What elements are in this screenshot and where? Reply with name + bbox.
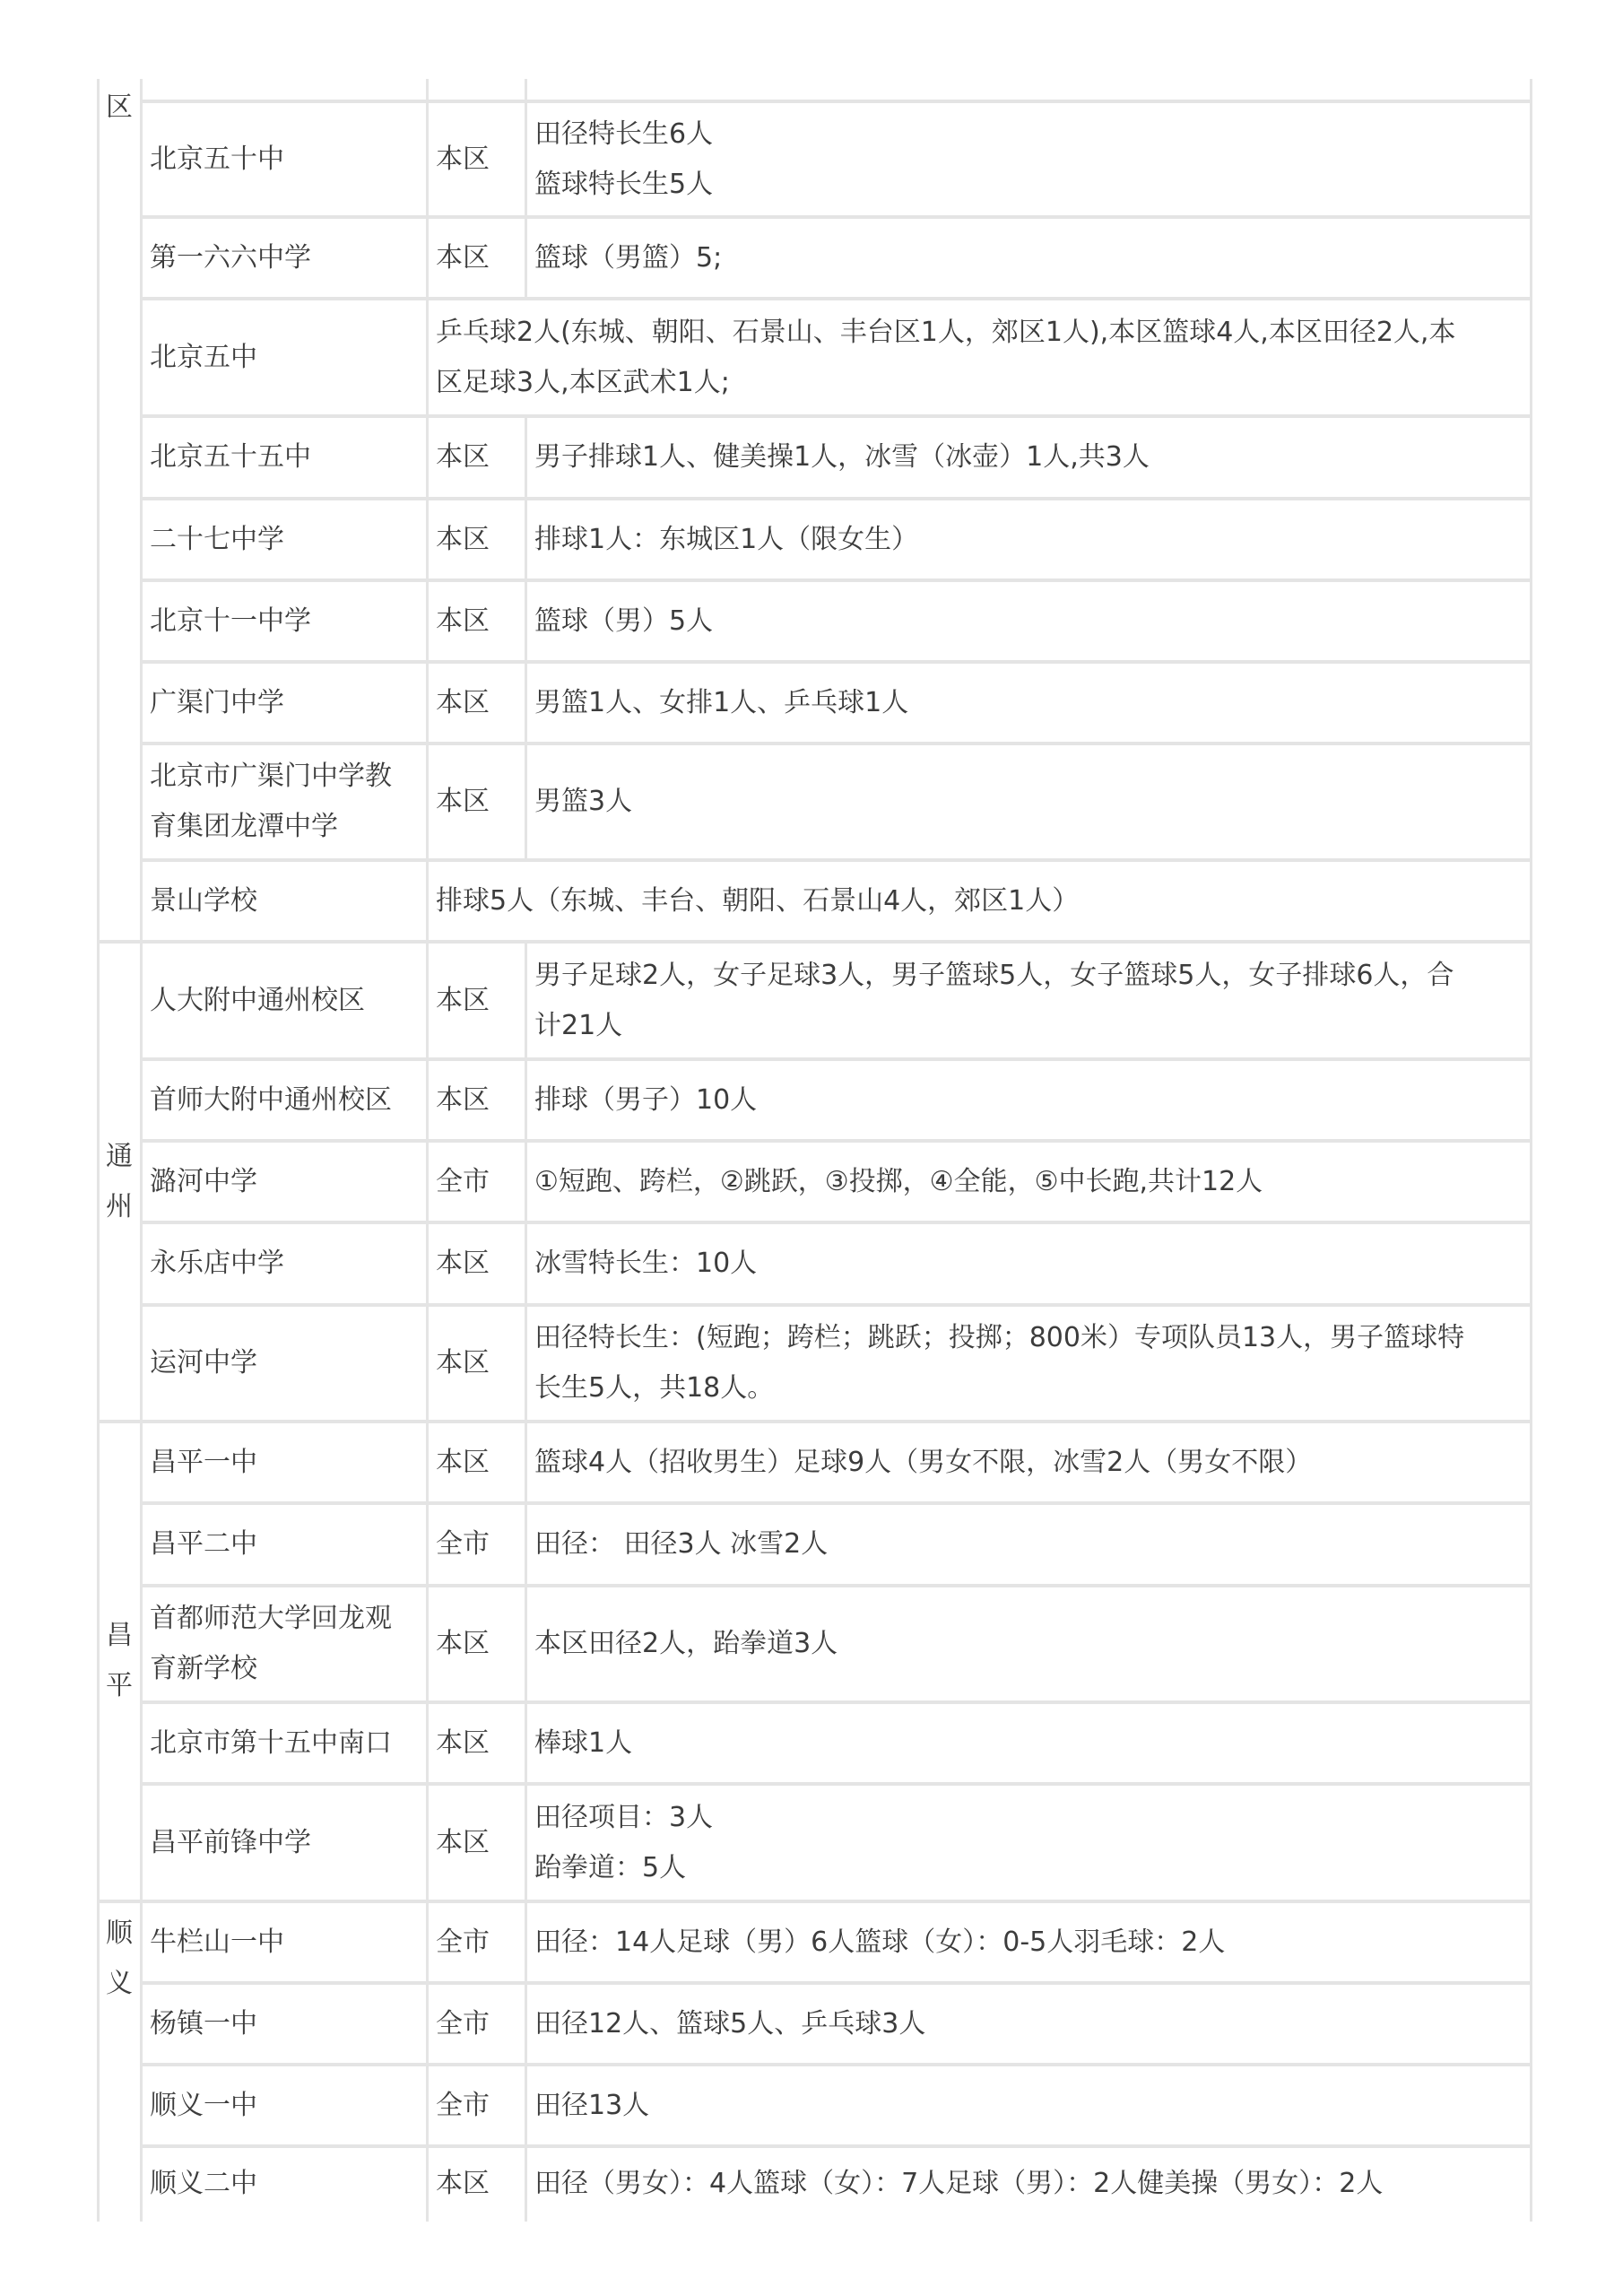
quota-details-line: 田径特长生6人 bbox=[534, 109, 713, 160]
document-page: 区通州昌平顺义北京五十中本区田径特长生6人篮球特长生5人第一六六中学本区篮球（男… bbox=[0, 0, 1623, 2296]
quota-details-cell: 田径12人、篮球5人、乒乓球3人 bbox=[525, 1983, 1531, 2065]
quota-details-cell: 篮球（男）5人 bbox=[525, 580, 1531, 662]
quota-details-line: 男子排球1人、健美操1人，冰雪（冰壶）1人,共3人 bbox=[534, 432, 1150, 483]
quota-details-cell: 男子排球1人、健美操1人，冰雪（冰壶）1人,共3人 bbox=[525, 416, 1531, 499]
admission-scope-cell: 本区 bbox=[427, 416, 525, 499]
admission-scope-cell: 本区 bbox=[427, 942, 525, 1059]
admission-scope-cell: 全市 bbox=[427, 1141, 525, 1222]
quota-details-line: 篮球（男）5人 bbox=[534, 596, 713, 647]
school-name-cell: 运河中学 bbox=[141, 1305, 427, 1422]
admission-scope-cell: 本区 bbox=[427, 580, 525, 662]
quota-details-cell: 田径： 田径3人 冰雪2人 bbox=[525, 1503, 1531, 1586]
school-name-cell: 牛栏山一中 bbox=[141, 1901, 427, 1983]
school-name-cell: 景山学校 bbox=[141, 860, 427, 942]
school-name: 北京五十五中 bbox=[150, 432, 311, 483]
quota-details-line: 乒乓球2人(东城、朝阳、石景山、丰台区1人，郊区1人),本区篮球4人,本区田径2… bbox=[436, 308, 1455, 358]
school-name: 昌平一中 bbox=[150, 1438, 257, 1488]
school-name: 昌平二中 bbox=[150, 1519, 257, 1570]
admission-scope-cell: 本区 bbox=[427, 1422, 525, 1503]
quota-details-cell: 棒球1人 bbox=[525, 1702, 1531, 1784]
school-name-cell: 人大附中通州校区 bbox=[141, 942, 427, 1059]
quota-details-cell: 乒乓球2人(东城、朝阳、石景山、丰台区1人，郊区1人),本区篮球4人,本区田径2… bbox=[427, 299, 1531, 416]
quota-details-line: 计21人 bbox=[534, 1001, 622, 1051]
school-name: 永乐店中学 bbox=[150, 1239, 284, 1289]
school-name: 潞河中学 bbox=[150, 1157, 257, 1207]
quota-details-cell: 男子足球2人，女子足球3人，男子篮球5人，女子篮球5人，女子排球6人，合计21人 bbox=[525, 942, 1531, 1059]
quota-details-line: 田径13人 bbox=[534, 2081, 649, 2131]
school-name: 北京十一中学 bbox=[150, 596, 311, 647]
quota-details-line: 排球5人（东城、丰台、朝阳、石景山4人，郊区1人） bbox=[436, 876, 1079, 926]
school-name: 运河中学 bbox=[150, 1338, 257, 1388]
admission-scope-cell: 本区 bbox=[427, 744, 525, 860]
quota-details-cell: 排球（男子）10人 bbox=[525, 1059, 1531, 1141]
school-name: 首都师范大学回龙观 bbox=[150, 1594, 392, 1644]
admission-scope-cell: 本区 bbox=[427, 1222, 525, 1305]
quota-details-cell: 田径13人 bbox=[525, 2065, 1531, 2146]
admission-scope-cell: 本区 bbox=[427, 1305, 525, 1422]
school-name-cell: 顺义一中 bbox=[141, 2065, 427, 2146]
quota-details-cell: 冰雪特长生：10人 bbox=[525, 1222, 1531, 1305]
quota-details-cell: 篮球4人（招收男生）足球9人（男女不限，冰雪2人（男女不限） bbox=[525, 1422, 1531, 1503]
quota-details-line: 田径特长生：(短跑；跨栏；跳跃；投掷；800米）专项队员13人，男子篮球特 bbox=[534, 1313, 1464, 1363]
quota-details-cell: 男篮3人 bbox=[525, 744, 1531, 860]
district-label-char: 平 bbox=[98, 1661, 141, 1711]
admission-scope-cell: 本区 bbox=[427, 101, 525, 217]
school-name-cell: 昌平一中 bbox=[141, 1422, 427, 1503]
school-name-cell: 杨镇一中 bbox=[141, 1983, 427, 2065]
quota-details-cell: 排球5人（东城、丰台、朝阳、石景山4人，郊区1人） bbox=[427, 860, 1531, 942]
school-name-cell: 北京市第十五中南口 bbox=[141, 1702, 427, 1784]
quota-details-cell: 田径特长生：(短跑；跨栏；跳跃；投掷；800米）专项队员13人，男子篮球特长生5… bbox=[525, 1305, 1531, 1422]
quota-details-cell: ①短跑、跨栏，②跳跃，③投掷，④全能，⑤中长跑,共计12人 bbox=[525, 1141, 1531, 1222]
school-name: 顺义二中 bbox=[150, 2159, 257, 2209]
district-label-char: 通 bbox=[98, 1132, 141, 1182]
quota-details-cell: 田径特长生6人篮球特长生5人 bbox=[525, 101, 1531, 217]
quota-details-line: 本区田径2人，跆拳道3人 bbox=[534, 1619, 838, 1669]
quota-details-cell bbox=[525, 79, 1531, 101]
quota-details-line: 冰雪特长生：10人 bbox=[534, 1239, 757, 1289]
quota-details-line: 男篮1人、女排1人、乒乓球1人 bbox=[534, 678, 908, 728]
school-name: 广渠门中学 bbox=[150, 678, 284, 728]
school-name: 第一六六中学 bbox=[150, 233, 311, 283]
admission-scope-cell: 本区 bbox=[427, 1784, 525, 1901]
school-name-cell: 昌平前锋中学 bbox=[141, 1784, 427, 1901]
school-name: 北京五十中 bbox=[150, 135, 284, 185]
quota-details-line: 篮球特长生5人 bbox=[534, 160, 713, 210]
quota-details-cell: 田径（男女）：4人篮球（女）：7人足球（男）：2人健美操（男女）：2人 bbox=[525, 2146, 1531, 2222]
school-name: 育集团龙潭中学 bbox=[150, 802, 338, 852]
quota-details-cell: 本区田径2人，跆拳道3人 bbox=[525, 1586, 1531, 1702]
district-label: 区 bbox=[98, 83, 141, 133]
quota-details-line: 田径项目：3人 bbox=[534, 1793, 713, 1843]
school-name-cell: 首师大附中通州校区 bbox=[141, 1059, 427, 1141]
school-name-cell: 二十七中学 bbox=[141, 499, 427, 580]
quota-details-cell: 田径：14人足球（男）6人篮球（女）：0-5人羽毛球：2人 bbox=[525, 1901, 1531, 1983]
quota-details-line: 田径：14人足球（男）6人篮球（女）：0-5人羽毛球：2人 bbox=[534, 1918, 1225, 1968]
quota-details-line: 跆拳道：5人 bbox=[534, 1843, 686, 1893]
quota-details-line: 长生5人，共18人。 bbox=[534, 1363, 774, 1413]
admission-scope-cell: 全市 bbox=[427, 2065, 525, 2146]
admission-scope-cell: 全市 bbox=[427, 1901, 525, 1983]
admission-scope-cell: 本区 bbox=[427, 1059, 525, 1141]
school-name-cell: 北京市广渠门中学教育集团龙潭中学 bbox=[141, 744, 427, 860]
district-label-char: 区 bbox=[98, 83, 141, 133]
admission-scope-cell bbox=[427, 79, 525, 101]
school-name: 北京市广渠门中学教 bbox=[150, 752, 392, 802]
district-label-char: 州 bbox=[98, 1182, 141, 1232]
school-name: 牛栏山一中 bbox=[150, 1918, 284, 1968]
school-name-cell: 广渠门中学 bbox=[141, 662, 427, 744]
school-name: 首师大附中通州校区 bbox=[150, 1075, 392, 1126]
school-name-cell: 北京五中 bbox=[141, 299, 427, 416]
district-label-char: 昌 bbox=[98, 1611, 141, 1661]
quota-details-line: 篮球（男篮）5; bbox=[534, 233, 722, 283]
district-label-char: 义 bbox=[98, 1959, 141, 2009]
admission-scope-cell: 全市 bbox=[427, 1983, 525, 2065]
quota-details-cell: 男篮1人、女排1人、乒乓球1人 bbox=[525, 662, 1531, 744]
quota-details-cell: 排球1人：东城区1人（限女生） bbox=[525, 499, 1531, 580]
school-name-cell: 第一六六中学 bbox=[141, 217, 427, 299]
school-name-cell: 北京五十五中 bbox=[141, 416, 427, 499]
school-name: 北京五中 bbox=[150, 333, 257, 383]
school-name-cell: 首都师范大学回龙观育新学校 bbox=[141, 1586, 427, 1702]
school-name: 二十七中学 bbox=[150, 515, 284, 565]
quota-details-line: 区足球3人,本区武术1人; bbox=[436, 358, 730, 408]
school-name: 顺义一中 bbox=[150, 2081, 257, 2131]
quota-details-line: ①短跑、跨栏，②跳跃，③投掷，④全能，⑤中长跑,共计12人 bbox=[534, 1157, 1263, 1207]
school-name-cell: 北京十一中学 bbox=[141, 580, 427, 662]
school-name-cell: 潞河中学 bbox=[141, 1141, 427, 1222]
quota-details-line: 田径（男女）：4人篮球（女）：7人足球（男）：2人健美操（男女）：2人 bbox=[534, 2159, 1383, 2209]
admission-scope-cell: 本区 bbox=[427, 662, 525, 744]
admission-scope-cell: 本区 bbox=[427, 2146, 525, 2222]
quota-details-line: 棒球1人 bbox=[534, 1718, 632, 1769]
school-name-cell bbox=[141, 79, 427, 101]
school-name-cell: 永乐店中学 bbox=[141, 1222, 427, 1305]
school-name: 育新学校 bbox=[150, 1644, 257, 1694]
school-name: 昌平前锋中学 bbox=[150, 1818, 311, 1868]
quota-details-line: 篮球4人（招收男生）足球9人（男女不限，冰雪2人（男女不限） bbox=[534, 1438, 1312, 1488]
school-name: 北京市第十五中南口 bbox=[150, 1718, 392, 1769]
district-label: 顺义 bbox=[98, 1909, 141, 2009]
quota-details-cell: 田径项目：3人跆拳道：5人 bbox=[525, 1784, 1531, 1901]
quota-details-line: 田径12人、篮球5人、乒乓球3人 bbox=[534, 1999, 925, 2049]
school-name: 杨镇一中 bbox=[150, 1999, 257, 2049]
admission-scope-cell: 本区 bbox=[427, 499, 525, 580]
quota-details-cell: 篮球（男篮）5; bbox=[525, 217, 1531, 299]
quota-details-line: 排球（男子）10人 bbox=[534, 1075, 757, 1126]
school-name-cell: 顺义二中 bbox=[141, 2146, 427, 2222]
quota-details-line: 男篮3人 bbox=[534, 777, 632, 827]
school-name: 人大附中通州校区 bbox=[150, 976, 365, 1026]
admission-scope-cell: 本区 bbox=[427, 1702, 525, 1784]
admission-scope-cell: 全市 bbox=[427, 1503, 525, 1586]
district-label: 昌平 bbox=[98, 1611, 141, 1711]
district-label: 通州 bbox=[98, 1132, 141, 1232]
quota-details-line: 男子足球2人，女子足球3人，男子篮球5人，女子篮球5人，女子排球6人，合 bbox=[534, 951, 1454, 1001]
district-label-char: 顺 bbox=[98, 1909, 141, 1959]
school-name-cell: 北京五十中 bbox=[141, 101, 427, 217]
school-name: 景山学校 bbox=[150, 876, 257, 926]
quota-details-line: 排球1人：东城区1人（限女生） bbox=[534, 515, 918, 565]
quota-details-line: 田径： 田径3人 冰雪2人 bbox=[534, 1519, 828, 1570]
admission-scope-cell: 本区 bbox=[427, 1586, 525, 1702]
admission-scope-cell: 本区 bbox=[427, 217, 525, 299]
school-name-cell: 昌平二中 bbox=[141, 1503, 427, 1586]
